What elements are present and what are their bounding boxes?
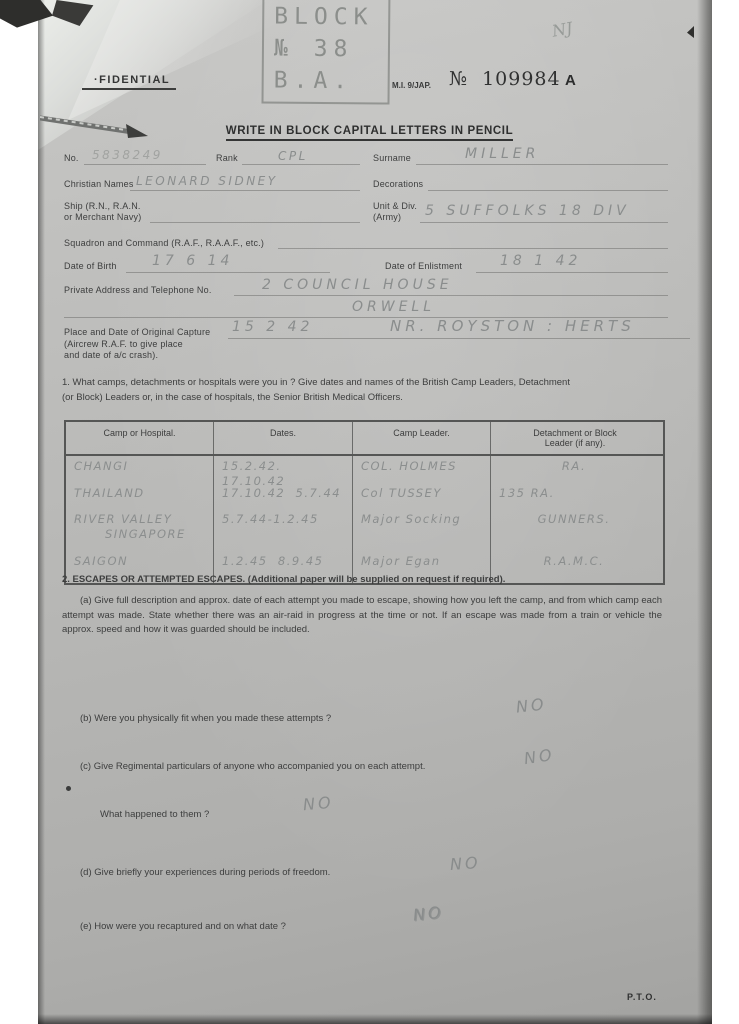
field-value-capture-place: NR. ROYSTON : HERTS <box>390 317 635 335</box>
table-cell: THAILAND <box>66 483 214 509</box>
section-2-heading: 2. ESCAPES OR ATTEMPTED ESCAPES. (Additi… <box>62 573 662 588</box>
question-c-label: (c) Give Regimental particulars of anyon… <box>80 760 550 775</box>
field-label-squadron: Squadron and Command (R.A.F., R.A.A.F., … <box>64 238 264 248</box>
table-cell: RA. <box>491 456 659 483</box>
table-cell: GUNNERS. <box>491 509 659 551</box>
serial-prefix: № <box>449 68 468 90</box>
table-cell: Major Socking <box>353 509 491 551</box>
col-header-detachment: Detachment or Block Leader (if any). <box>491 422 659 454</box>
table-cell: Col TUSSEY <box>353 483 491 509</box>
answer-d: NO <box>449 853 481 874</box>
field-value-address-1: 2 COUNCIL HOUSE <box>262 277 453 293</box>
field-value-surname: MILLER <box>465 146 539 162</box>
table-cell: COL. HOLMES <box>353 456 491 483</box>
answer-e: NO <box>412 902 444 924</box>
serial-suffix: A <box>565 72 576 89</box>
field-rule <box>234 295 668 296</box>
field-value-dob: 17 6 14 <box>152 253 233 269</box>
page-left-edge-shadow <box>38 0 45 1024</box>
field-rule <box>84 164 206 165</box>
office-label: M.I. 9/JAP. <box>392 81 431 90</box>
camp-table-body: CHANGI 15.2.42. 17.10.42 COL. HOLMES RA.… <box>66 456 663 583</box>
field-label-rank: Rank <box>216 153 238 163</box>
col-header-camp: Camp or Hospital. <box>66 422 214 454</box>
field-label-dob: Date of Birth <box>64 261 117 271</box>
field-value-christian-names: LEONARD SIDNEY <box>136 174 278 188</box>
page-bottom-edge-shadow <box>38 1014 712 1024</box>
field-label-christian-names: Christian Names <box>64 179 134 189</box>
field-label-surname: Surname <box>373 153 411 163</box>
page-right-edge-shadow <box>697 0 712 1024</box>
pto-label: P.T.O. <box>627 992 657 1002</box>
answer-c2: NO <box>302 793 334 815</box>
question-b-label: (b) Were you physically fit when you mad… <box>80 712 550 727</box>
form-instruction-text: WRITE IN BLOCK CAPITAL LETTERS IN PENCIL <box>226 125 513 141</box>
stamp-line: B.A. <box>274 68 354 95</box>
serial-number: № 109984 <box>449 68 561 90</box>
stamp-line: № 38 <box>274 36 354 63</box>
field-label-ship-1: Ship (R.N., R.A.N. <box>64 201 141 211</box>
field-value-address-2: ORWELL <box>352 299 435 315</box>
form-instruction: WRITE IN BLOCK CAPITAL LETTERS IN PENCIL <box>0 121 739 139</box>
field-rule <box>420 222 668 223</box>
table-cell: 5.7.44-1.2.45 <box>214 509 353 551</box>
field-label-capture: Place and Date of Original Capture <box>64 327 210 337</box>
field-rule <box>228 338 690 339</box>
section-2-paragraph-a: (a) Give full description and approx. da… <box>62 594 662 638</box>
field-rule <box>428 190 668 191</box>
table-cell: CHANGI <box>66 456 214 483</box>
field-label-unit-1: Unit & Div. <box>373 201 417 211</box>
stamp-line: BLOCK <box>274 4 373 31</box>
classification-label: ·FIDENTIAL <box>82 74 176 90</box>
field-rule <box>476 272 668 273</box>
handwritten-initials: NJ <box>551 18 574 40</box>
field-rule <box>242 164 360 165</box>
block-number-stamp: BLOCK № 38 B.A. <box>261 0 390 105</box>
col-header-leader: Camp Leader. <box>353 422 491 454</box>
table-cell: 15.2.42. 17.10.42 <box>214 456 353 483</box>
field-rule <box>150 222 360 223</box>
field-value-rank: CPL <box>278 149 308 163</box>
field-label-no: No. <box>64 153 79 163</box>
table-cell: RIVER VALLEY SINGAPORE <box>66 509 214 551</box>
field-label-capture-sub1: (Aircrew R.A.F. to give place <box>64 339 183 349</box>
field-label-enlistment: Date of Enlistment <box>385 261 462 271</box>
field-value-no: 5838249 <box>92 148 163 162</box>
field-label-capture-sub2: and date of a/c crash). <box>64 350 158 360</box>
field-label-ship-2: or Merchant Navy) <box>64 212 141 222</box>
bullet-mark <box>66 786 71 791</box>
camp-table: Camp or Hospital. Dates. Camp Leader. De… <box>64 420 665 585</box>
question-c2-label: What happened to them ? <box>100 808 400 823</box>
field-rule <box>278 248 668 249</box>
field-value-enlistment: 18 1 42 <box>500 253 581 269</box>
col-header-dates: Dates. <box>214 422 353 454</box>
field-rule <box>126 272 330 273</box>
field-value-unit: 5 SUFFOLKS 18 DIV <box>425 203 630 219</box>
camp-table-header-row: Camp or Hospital. Dates. Camp Leader. De… <box>66 422 663 456</box>
field-value-capture-date: 15 2 42 <box>232 319 313 335</box>
question-1-text: 1. What camps, detachments or hospitals … <box>62 376 662 405</box>
question-e-label: (e) How were you recaptured and on what … <box>80 920 550 935</box>
field-label-unit-2: (Army) <box>373 212 401 222</box>
field-rule <box>130 190 360 191</box>
field-rule <box>416 164 668 165</box>
serial-value: 109984 <box>482 68 561 90</box>
field-label-address: Private Address and Telephone No. <box>64 285 212 295</box>
table-cell: 135 RA. <box>491 483 659 509</box>
field-label-decorations: Decorations <box>373 179 423 189</box>
answer-b: NO <box>515 694 547 716</box>
table-cell: 17.10.42 5.7.44 <box>214 483 353 509</box>
